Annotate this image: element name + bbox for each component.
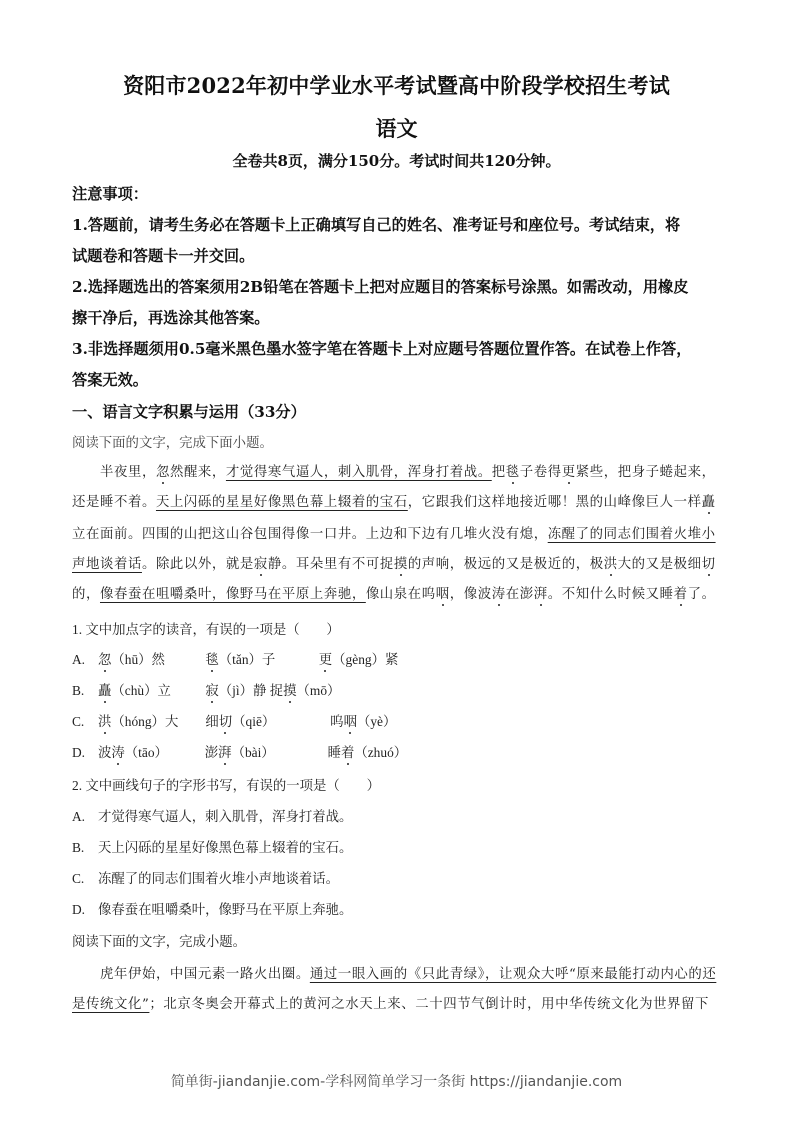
option-label: C. [72,714,98,730]
text: 了。 [688,587,716,602]
dotted-char: 湃 [534,587,548,602]
text: 大的又是极细 [618,557,702,572]
exam-info: 全卷共8页，满分150分。考试时间共120分钟。 [0,150,793,171]
text: 波 [98,742,111,761]
option-label: C. [72,871,98,887]
dotted-char: 涛 [492,587,506,602]
text: （jì）静 捉 [219,680,283,699]
text: ，像波 [450,587,492,602]
question-1-option-d[interactable]: D.波涛（tāo）澎湃（bài）睡着（zhuó） [72,742,732,761]
text: 然醒来， [170,465,226,480]
dotted-char: 洪 [604,557,618,572]
dotted-char: 洪 [98,711,111,730]
passage-line-5: 的，像春蚕在咀嚼桑叶，像野马在平原上奔驰，像山泉在呜咽，像波涛在澎湃。不知什么时… [72,583,732,602]
text: ；北京冬奥会开幕式上的黄河之水天上来、二十四节气倒计时，用中华传统文化为世界留下 [149,997,709,1012]
question-1-option-b[interactable]: B.矗（chù）立寂（jì）静 捉摸（mō） [72,680,732,699]
question-2-stem: 2. 文中画线句子的字形书写，有误的一项是（ ） [72,775,732,794]
watermark-footer: 简单街-jiandanjie.com-学科网简单学习一条街 https://ji… [0,1071,793,1091]
text: 的， [72,587,100,602]
dotted-char: 着 [341,742,354,761]
exam-page: 资阳市2022年初中学业水平考试暨高中阶段学校招生考试 语文 全卷共8页，满分1… [0,0,793,1122]
text: （zhuó） [354,742,407,761]
text: 虎年伊始，中国元素一路火出圈。 [72,967,310,982]
dotted-char: 忽 [98,649,111,668]
option-label: B. [72,840,98,856]
underlined-sentence: 通过一眼入画的《只此青绿》，让观众大呼“原来最能打动内心的还 [310,967,716,982]
option-label: A. [72,809,98,825]
text: 子卷得 [520,465,562,480]
dotted-char: 寂 [254,557,268,572]
dotted-char: 摸 [394,557,408,572]
dotted-char: 毯 [205,649,218,668]
option-label: D. [72,745,98,761]
dotted-char: 湃 [218,742,231,761]
dotted-char: 切 [219,711,232,730]
dotted-char: 咽 [344,711,357,730]
option-text: 像春蚕在咀嚼桑叶，像野马在平原上奔驰。 [98,902,352,917]
notice-item-1-line2: 试题卷和答题卡一并交回。 [72,245,732,266]
dotted-char: 毯 [506,465,520,480]
dotted-char: 切 [702,557,716,572]
notice-item-1-line1: 1.答题前，请考生务必在答题卡上正确填写自己的姓名、准考证号和座位号。考试结束，… [72,214,732,235]
passage-line-4: 声地谈着话。除此以外，就是寂静。耳朵里有不可捉摸的声响，极远的又是极近的，极洪大… [72,553,732,572]
text: 。不知什么时候又睡 [548,587,674,602]
text: 在澎 [506,587,534,602]
dotted-char: 着 [674,587,688,602]
exam-title: 资阳市2022年初中学业水平考试暨高中阶段学校招生考试 [0,70,793,100]
dotted-char: 忽 [156,465,170,480]
option-label: A. [72,652,98,668]
text: （yè） [357,711,396,730]
notice-item-3-line1: 3.非选择题须用0.5毫米黑色墨水签字笔在答题卡上对应题号答题位置作答。在试卷上… [72,338,732,359]
text: 。除此以外，就是 [142,557,254,572]
passage-line-3: 立在面前。四围的山把这山谷包围得像一口井。上边和下边有几堆火没有熄，冻醒了的同志… [72,523,732,542]
dotted-char: 涛 [111,742,124,761]
text: （tāo） [125,742,205,761]
question-2-option-b[interactable]: B.天上闪砾的星星好像黑色幕上辍着的宝石。 [72,837,732,856]
text: ，它跟我们这样地接近哪！黑的山峰像巨人一样 [408,495,702,510]
option-label: B. [72,683,98,699]
text: （hóng）大 [111,711,205,730]
passage-2-line-1: 虎年伊始，中国元素一路火出圈。通过一眼入画的《只此青绿》，让观众大呼“原来最能打… [72,963,732,982]
underlined-sentence-a: 才觉得寒气逼人，刺入肌骨，浑身打着战。 [226,465,492,480]
dotted-char: 更 [319,649,332,668]
question-1-option-c[interactable]: C.洪（hóng）大细切（qiē）呜咽（yè） [72,711,732,730]
notice-item-2-line2: 擦干净后，再选涂其他答案。 [72,307,732,328]
text: 的声响，极远的又是极近的，极 [408,557,604,572]
text: 半夜里， [72,465,156,480]
text: （qiē） [232,711,330,730]
text: 静。耳朵里有不可捉 [268,557,394,572]
text: （bài） [232,742,328,761]
section-2-instruction: 阅读下面的文字，完成小题。 [72,931,732,950]
text: （mō） [297,680,341,699]
text: （gèng）紧 [332,649,398,668]
dotted-char: 咽 [436,587,450,602]
subject-title: 语文 [0,113,793,143]
passage-line-2: 还是睡不着。天上闪砾的星星好像黑色幕上辍着的宝石，它跟我们这样地接近哪！黑的山峰… [72,491,732,510]
text: 睡 [328,742,341,761]
text: 还是睡不着。 [72,495,156,510]
underlined-sentence-b: 天上闪砾的星星好像黑色幕上辍着的宝石 [156,495,408,510]
question-2-option-c[interactable]: C.冻醒了的同志们围着火堆小声地谈着话。 [72,868,732,887]
text: 澎 [205,742,218,761]
text: 像山泉在呜 [366,587,436,602]
option-label: D. [72,902,98,918]
text: 紧些，把身子蜷起来， [576,465,716,480]
question-2-option-d[interactable]: D.像春蚕在咀嚼桑叶，像野马在平原上奔驰。 [72,899,732,918]
section-1-heading: 一、语言文字积累与运用（33分） [72,401,732,422]
question-1-option-a[interactable]: A.忽（hū）然毯（tǎn）子更（gèng）紧 [72,649,732,668]
dotted-char: 摸 [283,680,296,699]
notice-item-3-line2: 答案无效。 [72,369,732,390]
text: （chù）立 [111,680,205,699]
text: （hū）然 [111,649,205,668]
dotted-char: 寂 [205,680,218,699]
dotted-char: 矗 [702,495,716,510]
question-1-stem: 1. 文中加点字的读音，有误的一项是（ ） [72,619,732,638]
text: （tǎn）子 [219,649,319,668]
option-text: 才觉得寒气逼人，刺入肌骨，浑身打着战。 [98,809,352,824]
underlined-sentence-c: 冻醒了的同志们围着火堆小 [548,527,716,542]
option-text: 天上闪砾的星星好像黑色幕上辍着的宝石。 [98,840,352,855]
underlined-sentence-c-cont: 声地谈着话 [72,557,142,572]
notice-heading: 注意事项： [72,183,732,204]
text: 立在面前。四围的山把这山谷包围得像一口井。上边和下边有几堆火没有熄， [72,527,548,542]
text: 细 [205,711,218,730]
option-text: 冻醒了的同志们围着火堆小声地谈着话。 [98,871,339,886]
passage-line-1: 半夜里，忽然醒来，才觉得寒气逼人，刺入肌骨，浑身打着战。把毯子卷得更紧些，把身子… [72,461,732,480]
dotted-char: 更 [562,465,576,480]
section-1-instruction: 阅读下面的文字，完成下面小题。 [72,432,732,451]
text: 呜 [330,711,343,730]
passage-2-line-2: 是传统文化”；北京冬奥会开幕式上的黄河之水天上来、二十四节气倒计时，用中华传统文… [72,993,732,1012]
dotted-char: 矗 [98,680,111,699]
underlined-sentence-cont: 是传统文化” [72,997,149,1012]
question-2-option-a[interactable]: A.才觉得寒气逼人，刺入肌骨，浑身打着战。 [72,806,732,825]
notice-item-2-line1: 2.选择题选出的答案须用2B铅笔在答题卡上把对应题目的答案标号涂黑。如需改动，用… [72,276,732,297]
text: 把 [492,465,506,480]
underlined-sentence-d: 像春蚕在咀嚼桑叶，像野马在平原上奔驰， [100,587,366,602]
